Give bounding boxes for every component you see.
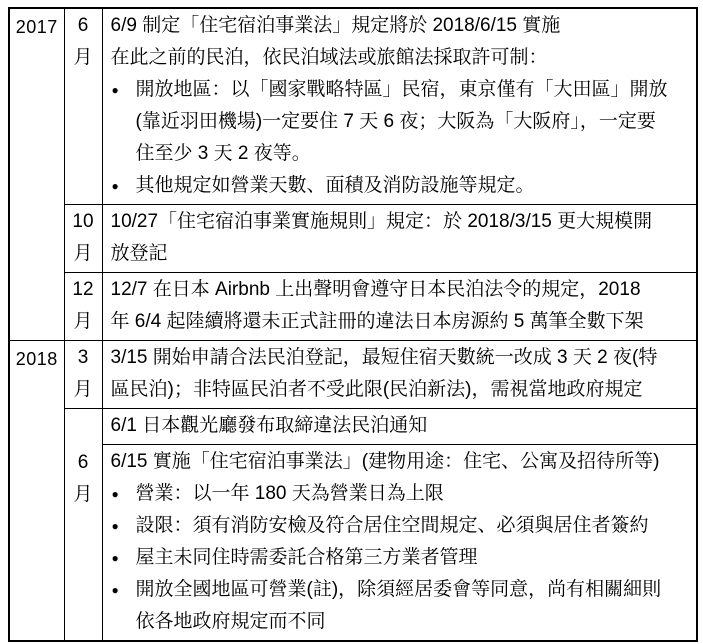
bullet-text: 開放地區：以「國家戰略特區」民宿，東京僅有「大田區」開放 (靠近羽田機場)一定要… [136, 74, 692, 170]
event-paragraph: 10/27「住宅宿泊事業實施規則」規定：於 2018/3/15 更大規模開 放登… [111, 206, 692, 270]
bullet-text: 設限：須有消防安檢及符合居住空間規定、必須與居住者簽約 [136, 510, 692, 542]
month-cell-2017-10: 10 月 [64, 205, 102, 273]
timeline-table: 2017 6 月 6/9 制定「住宅宿泊事業法」規定將於 2018/6/15 實… [8, 7, 698, 642]
document-page: 2017 6 月 6/9 制定「住宅宿泊事業法」規定將於 2018/6/15 實… [0, 0, 703, 644]
bullet-text: 開放全國地區可營業(註)，除須經居委會等同意，尚有相關細則 依各地政府規定而不同 [136, 574, 692, 638]
bullet-text: 屋主未同住時需委託合格第三方業者管理 [136, 542, 692, 574]
event-cell-2017-06: 6/9 制定「住宅宿泊事業法」規定將於 2018/6/15 實施 在此之前的民泊… [102, 8, 697, 205]
table-row: 2017 6 月 6/9 制定「住宅宿泊事業法」規定將於 2018/6/15 實… [9, 8, 697, 205]
month-cell-2017-12: 12 月 [64, 273, 102, 341]
month-cell-2017-06: 6 月 [64, 8, 102, 205]
event-paragraph: 6/9 制定「住宅宿泊事業法」規定將於 2018/6/15 實施 在此之前的民泊… [111, 10, 692, 74]
event-paragraph: 6/1 日本觀光廳發布取締違法民泊通知 [111, 410, 692, 442]
bullet-icon: ● [111, 170, 136, 202]
bullet-item: ● 營業：以一年 180 天為營業日為上限 [111, 478, 692, 510]
event-paragraph: 3/15 開始申請合法民泊登記，最短住宿天數統一改成 3 天 2 夜(特 區民泊… [111, 342, 692, 406]
bullet-icon: ● [111, 74, 136, 106]
bullet-item: ● 屋主未同住時需委託合格第三方業者管理 [111, 542, 692, 574]
bullet-text: 其他規定如營業天數、面積及消防設施等規定。 [136, 170, 692, 202]
bullet-item: ● 設限：須有消防安檢及符合居住空間規定、必須與居住者簽約 [111, 510, 692, 542]
month-cell-2018-06: 6 月 [64, 409, 102, 642]
event-cell-2018-06-15: 6/15 實施「住宅宿泊事業法」(建物用途：住宅、公寓及招待所等) ● 營業：以… [102, 445, 697, 642]
bullet-icon: ● [111, 574, 136, 606]
bullet-icon: ● [111, 510, 136, 542]
table-row: 6/15 實施「住宅宿泊事業法」(建物用途：住宅、公寓及招待所等) ● 營業：以… [9, 445, 697, 642]
table-row: 12 月 12/7 在日本 Airbnb 上出聲明會遵守日本民泊法令的規定，20… [9, 273, 697, 341]
event-paragraph: 6/15 實施「住宅宿泊事業法」(建物用途：住宅、公寓及招待所等) [111, 446, 692, 478]
event-cell-2017-12: 12/7 在日本 Airbnb 上出聲明會遵守日本民泊法令的規定，2018 年 … [102, 273, 697, 341]
year-cell-2017: 2017 [9, 8, 64, 341]
bullet-icon: ● [111, 478, 136, 510]
event-cell-2018-06-01: 6/1 日本觀光廳發布取締違法民泊通知 [102, 409, 697, 445]
bullet-item: ● 開放地區：以「國家戰略特區」民宿，東京僅有「大田區」開放 (靠近羽田機場)一… [111, 74, 692, 170]
bullet-item: ● 其他規定如營業天數、面積及消防設施等規定。 [111, 170, 692, 202]
table-row: 2018 3 月 3/15 開始申請合法民泊登記，最短住宿天數統一改成 3 天 … [9, 341, 697, 409]
bullet-text: 營業：以一年 180 天為營業日為上限 [136, 478, 692, 510]
event-paragraph: 12/7 在日本 Airbnb 上出聲明會遵守日本民泊法令的規定，2018 年 … [111, 274, 692, 338]
year-cell-2018: 2018 [9, 341, 64, 642]
month-cell-2018-03: 3 月 [64, 341, 102, 409]
event-cell-2017-10: 10/27「住宅宿泊事業實施規則」規定：於 2018/3/15 更大規模開 放登… [102, 205, 697, 273]
bullet-item: ● 開放全國地區可營業(註)，除須經居委會等同意，尚有相關細則 依各地政府規定而… [111, 574, 692, 638]
table-row: 10 月 10/27「住宅宿泊事業實施規則」規定：於 2018/3/15 更大規… [9, 205, 697, 273]
event-cell-2018-03: 3/15 開始申請合法民泊登記，最短住宿天數統一改成 3 天 2 夜(特 區民泊… [102, 341, 697, 409]
bullet-icon: ● [111, 542, 136, 574]
table-row: 6 月 6/1 日本觀光廳發布取締違法民泊通知 [9, 409, 697, 445]
